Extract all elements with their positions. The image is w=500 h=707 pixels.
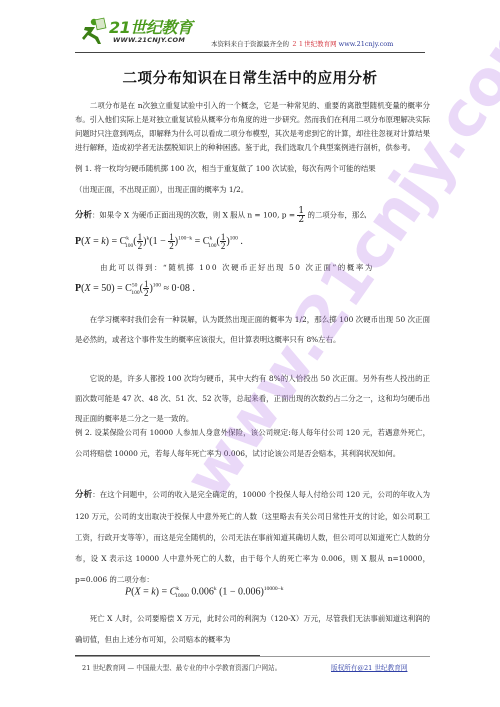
- intro-section: 二项分布是在 n次独立重复试验中引入的一个概念，它是一种常见的、重要的离散型随机…: [75, 99, 430, 155]
- slogan-prefix: 本资料来自于资源最齐全的: [211, 40, 289, 48]
- example2-analysis-text: ：在这个问题中，公司的收入是完全确定的，10000 个投保人每人付给公司 120…: [75, 490, 430, 584]
- meaning-paragraph: 它说的是，许多人都投 100 次均匀硬币，其中大约有 8%的人恰投出 50 次正…: [75, 369, 430, 429]
- example2-analysis-section: 分析：在这个问题中，公司的收入是完全确定的，10000 个投保人每人付给公司 1…: [75, 484, 430, 590]
- meaning-section: 它说的是，许多人都投 100 次均匀硬币，其中大约有 8%的人恰投出 50 次正…: [75, 369, 430, 429]
- logo-url: WWW.21CNJY.COM: [113, 36, 185, 44]
- formula-binomial-10000: P(X = k) = Ck10000 0.006k (1 − 0.006)100…: [125, 586, 480, 599]
- header-divider: [75, 52, 425, 53]
- example1-conclusion: 由此可以得到：“随机掷 100 次硬币正好出现 50 次正面”的概率为: [100, 262, 455, 273]
- analysis-label: 分析: [75, 211, 92, 221]
- example1-statement-line1: 例 1. 将一枚均匀硬币随机掷 100 次，相当于重复做了 100 次试验，每次…: [75, 163, 430, 174]
- copyright-link[interactable]: 版权所有@21 世纪教育网: [331, 662, 407, 672]
- example2-analysis: 分析：在这个问题中，公司的收入是完全确定的，10000 个投保人每人付给公司 1…: [75, 484, 430, 590]
- example2-section: 例 2. 设某保险公司有 10000 人参加人身意外保险，该公司规定:每人每年付…: [75, 422, 430, 464]
- misread-section: 在学习概率时我们会有一种误解，认为既然出现正面的概率为 1/2，那么掷 100 …: [75, 310, 430, 350]
- analysis-label: 分析: [75, 490, 92, 500]
- analysis-text-b: 的二项分布，那么: [305, 211, 366, 220]
- example2-statement: 例 2. 设某保险公司有 10000 人参加人身意外保险，该公司规定:每人每年付…: [75, 422, 430, 464]
- fraction-half: 12: [297, 207, 305, 224]
- header-slogan: 本资料来自于资源最齐全的 ２１世纪教育网 www.21cnjy.com: [211, 39, 393, 48]
- footer-text: 21 世纪教育网 — 中国最大型、最专业的中小学教育资源门户网站。: [82, 662, 281, 672]
- formula-binomial-100: P(X = k) = Ck100(12)k(1 − 12)100−k = Ck1…: [75, 233, 430, 250]
- slogan-url[interactable]: www.21cnjy.com: [339, 40, 394, 48]
- intro-paragraph: 二项分布是在 n次独立重复试验中引入的一个概念，它是一种常见的、重要的离散型随机…: [75, 99, 430, 155]
- misread-paragraph: 在学习概率时我们会有一种误解，认为既然出现正面的概率为 1/2，那么掷 100 …: [75, 310, 430, 350]
- analysis-text-a: ：如果令 X 为硬币正面出现的次数，则 X 服从 n = 100, p =: [92, 211, 297, 220]
- slogan-brand[interactable]: ２１世纪教育网: [291, 40, 337, 48]
- example1-statement-line2: （出现正面，不出现正面），出现正面的概率为 1/2。: [75, 184, 430, 195]
- site-logo[interactable]: 21世纪教育 WWW.21CNJY.COM: [81, 13, 201, 49]
- page-header: 21世纪教育 WWW.21CNJY.COM 本资料来自于资源最齐全的 ２１世纪教…: [75, 10, 425, 52]
- footer-divider: [75, 656, 430, 657]
- example1-analysis: 分析：如果令 X 为硬币正面出现的次数，则 X 服从 n = 100, p = …: [75, 207, 430, 224]
- footer-divider-dark: [75, 655, 260, 656]
- formula-p50: P(X = 50) = C50100(12)100 ≈ 0·08 .: [75, 280, 430, 297]
- loss-paragraph: 死亡 X 人时，公司要赔偿 X 万元，此时公司的利润为（120-X）万元，尽管我…: [75, 608, 430, 650]
- logo-text: 21世纪教育: [109, 15, 192, 38]
- runner-logo-icon: [81, 17, 107, 45]
- page-title: 二项分布知识在日常生活中的应用分析: [0, 67, 500, 88]
- loss-section: 死亡 X 人时，公司要赔偿 X 万元，此时公司的利润为（120-X）万元，尽管我…: [75, 608, 430, 650]
